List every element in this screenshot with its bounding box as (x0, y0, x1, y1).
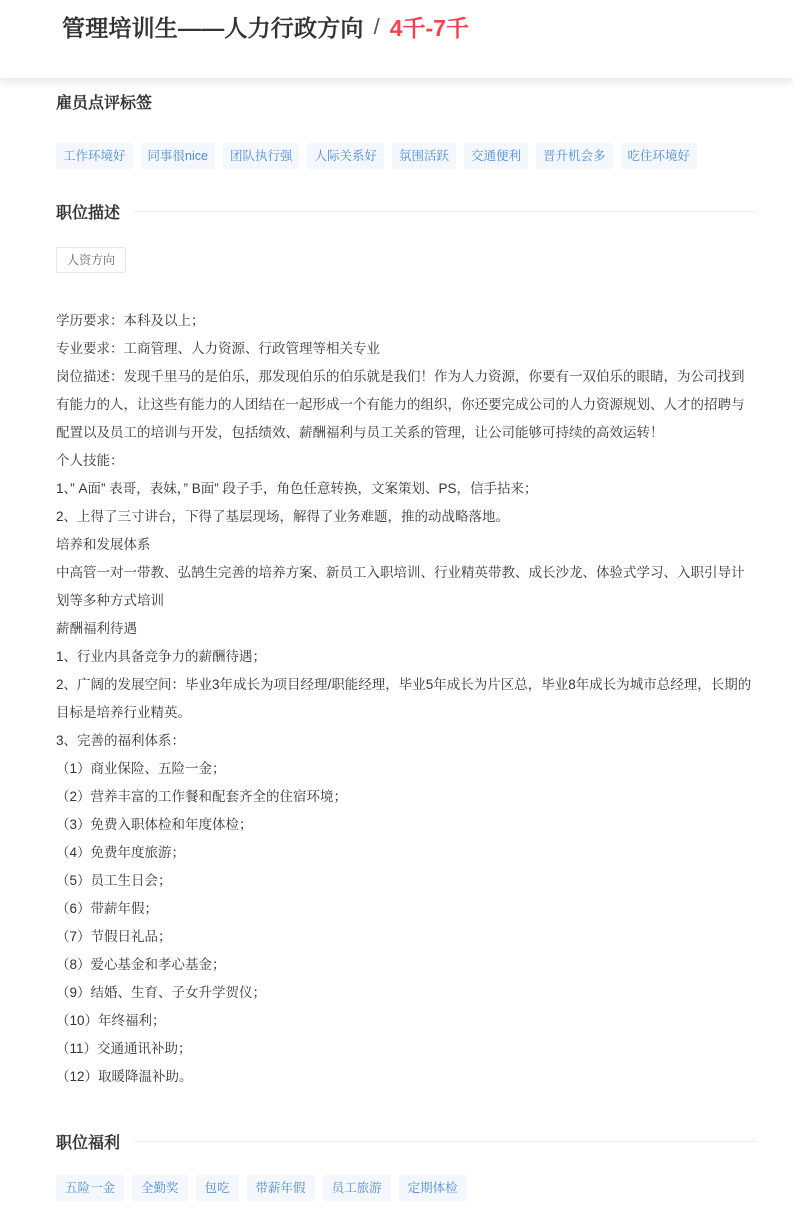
section-title-job-description: 职位描述 (56, 200, 756, 223)
review-tags-section: 雇员点评标签 工作环境好 同事很nice 团队执行强 人际关系好 氛围活跃 交通… (56, 90, 756, 169)
review-tag: 工作环境好 (56, 143, 133, 169)
desc-line: 学历要求：本科及以上； (56, 307, 756, 335)
job-description-title: 职位描述 (56, 200, 120, 223)
review-tags-title: 雇员点评标签 (56, 90, 152, 113)
benefit-tag: 带薪年假 (247, 1175, 315, 1201)
desc-line: 2、上得了三寸讲台，下得了基层现场，解得了业务难题，推的动战略落地。 (56, 503, 756, 531)
desc-line: 培养和发展体系 (56, 531, 756, 559)
desc-line: 薪酬福利待遇 (56, 615, 756, 643)
review-tag: 晋升机会多 (536, 143, 613, 169)
benefit-tag-list: 五险一金 全勤奖 包吃 带薪年假 员工旅游 定期体检 (56, 1175, 756, 1201)
benefit-tag: 全勤奖 (132, 1175, 188, 1201)
desc-line: （2）营养丰富的工作餐和配套齐全的住宿环境； (56, 783, 756, 811)
desc-line: （3）免费入职体检和年度体检； (56, 811, 756, 839)
benefit-tag: 五险一金 (56, 1175, 124, 1201)
desc-line: （10）年终福利； (56, 1007, 756, 1035)
review-tag: 团队执行强 (223, 143, 300, 169)
desc-line: 中高管一对一带教、弘鹄生完善的培养方案、新员工入职培训、行业精英带教、成长沙龙、… (56, 559, 756, 615)
desc-line: （9）结婚、生育、子女升学贺仪； (56, 979, 756, 1007)
section-title-benefits: 职位福利 (56, 1130, 756, 1153)
review-tag: 吃住环境好 (621, 143, 698, 169)
job-header: 管理培训生——人力行政方向 / 4千-7千 (0, 0, 793, 78)
desc-line: （5）员工生日会； (56, 867, 756, 895)
desc-line: 个人技能： (56, 447, 756, 475)
benefit-tag: 员工旅游 (323, 1175, 391, 1201)
desc-line: （4）免费年度旅游； (56, 839, 756, 867)
desc-line: （1）商业保险、五险一金； (56, 755, 756, 783)
benefits-section: 职位福利 五险一金 全勤奖 包吃 带薪年假 员工旅游 定期体检 (56, 1130, 756, 1201)
review-tag: 人际关系好 (307, 143, 384, 169)
desc-line: 专业要求：工商管理、人力资源、行政管理等相关专业 (56, 335, 756, 363)
desc-line: 1、行业内具备竞争力的薪酬待遇； (56, 643, 756, 671)
desc-line: （11）交通通讯补助； (56, 1035, 756, 1063)
title-row: 管理培训生——人力行政方向 / 4千-7千 (62, 10, 469, 43)
section-divider (134, 1141, 756, 1142)
salary: 4千-7千 (390, 10, 469, 43)
desc-line: 岗位描述：发现千里马的是伯乐，那发现伯乐的伯乐就是我们！作为人力资源，你要有一双… (56, 363, 756, 447)
benefit-tag: 包吃 (196, 1175, 239, 1201)
review-tag-list: 工作环境好 同事很nice 团队执行强 人际关系好 氛围活跃 交通便利 晋升机会… (56, 143, 756, 169)
desc-line: （8）爱心基金和孝心基金； (56, 951, 756, 979)
review-tag: 氛围活跃 (392, 143, 456, 169)
title-separator: / (374, 14, 380, 40)
job-title: 管理培训生——人力行政方向 (62, 10, 364, 43)
review-tag: 同事很nice (141, 143, 215, 169)
desc-line: （12）取暖降温补助。 (56, 1063, 756, 1091)
benefit-tag: 定期体检 (399, 1175, 467, 1201)
desc-line: （6）带薪年假； (56, 895, 756, 923)
section-divider (134, 211, 756, 212)
category-tag: 人资方向 (56, 247, 126, 273)
desc-line: （7）节假日礼品； (56, 923, 756, 951)
section-title-review-tags: 雇员点评标签 (56, 90, 756, 113)
benefits-title: 职位福利 (56, 1130, 120, 1153)
desc-line: 2、广阔的发展空间：毕业3年成长为项目经理/职能经理，毕业5年成长为片区总，毕业… (56, 671, 756, 727)
job-description-section: 职位描述 人资方向 学历要求：本科及以上； 专业要求：工商管理、人力资源、行政管… (56, 200, 756, 1091)
category-tag-wrap: 人资方向 (56, 247, 756, 273)
desc-line: 1、” A面” 表哥，表妹，” B面” 段子手，角色任意转换，文案策划、PS，信… (56, 475, 756, 503)
review-tag: 交通便利 (464, 143, 528, 169)
desc-line: 3、完善的福利体系： (56, 727, 756, 755)
job-description-text: 学历要求：本科及以上； 专业要求：工商管理、人力资源、行政管理等相关专业 岗位描… (56, 307, 756, 1091)
